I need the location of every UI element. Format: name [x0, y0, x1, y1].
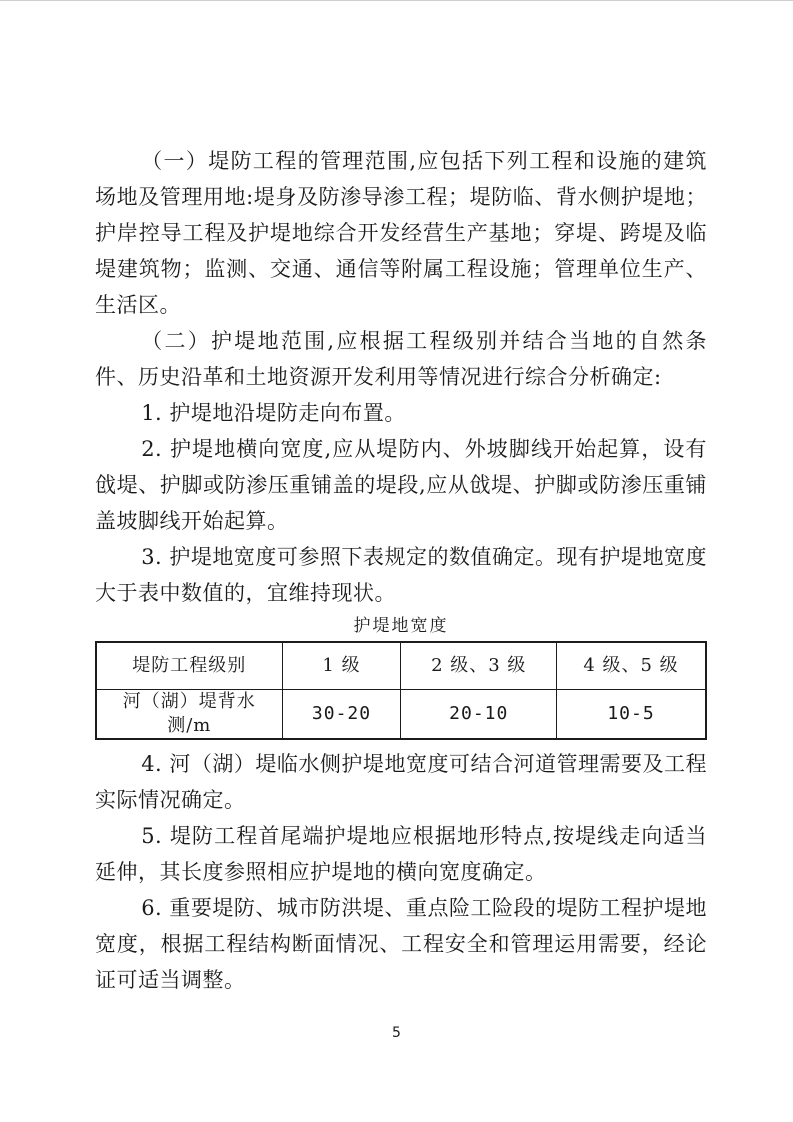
table-cell-value-grade1: 30-20 [282, 690, 401, 740]
list-item-1: 1. 护堤地沿堤防走向布置。 [95, 395, 707, 431]
document-content: （一）堤防工程的管理范围,应包括下列工程和设施的建筑场地及管理用地:堤身及防渗导… [95, 143, 707, 998]
table-header-cell-grade2-3: 2 级、3 级 [401, 642, 557, 690]
table-cell-row-label: 河（湖）堤背水测/m [96, 690, 282, 740]
list-item-6: 6. 重要堤防、城市防洪堤、重点险工险段的堤防工程护堤地宽度，根据工程结构断面情… [95, 890, 707, 998]
page-number: 5 [0, 1025, 793, 1041]
paragraph-section-1: （一）堤防工程的管理范围,应包括下列工程和设施的建筑场地及管理用地:堤身及防渗导… [95, 143, 707, 323]
table-data-row: 河（湖）堤背水测/m 30-20 20-10 10-5 [96, 690, 706, 740]
table-header-cell-grade1: 1 级 [282, 642, 401, 690]
table-title: 护堤地宽度 [95, 613, 707, 639]
document-page: （一）堤防工程的管理范围,应包括下列工程和设施的建筑场地及管理用地:堤身及防渗导… [0, 0, 793, 1122]
table-header-cell-level: 堤防工程级别 [96, 642, 282, 690]
dike-land-width-table: 堤防工程级别 1 级 2 级、3 级 4 级、5 级 河（湖）堤背水测/m 30… [95, 641, 707, 740]
list-item-2: 2. 护堤地横向宽度,应从堤防内、外坡脚线开始起算，设有戗堤、护脚或防渗压重铺盖… [95, 431, 707, 539]
list-item-5: 5. 堤防工程首尾端护堤地应根据地形特点,按堤线走向适当延伸，其长度参照相应护堤… [95, 818, 707, 890]
table-cell-value-grade4-5: 10-5 [557, 690, 706, 740]
table-header-cell-grade4-5: 4 级、5 级 [557, 642, 706, 690]
list-item-4: 4. 河（湖）堤临水侧护堤地宽度可结合河道管理需要及工程实际情况确定。 [95, 746, 707, 818]
dike-land-width-table-block: 护堤地宽度 堤防工程级别 1 级 2 级、3 级 4 级、5 级 [95, 613, 707, 740]
paragraph-section-2: （二）护堤地范围,应根据工程级别并结合当地的自然条件、历史沿革和土地资源开发利用… [95, 323, 707, 395]
table-header-row: 堤防工程级别 1 级 2 级、3 级 4 级、5 级 [96, 642, 706, 690]
table-cell-value-grade2-3: 20-10 [401, 690, 557, 740]
list-item-3: 3. 护堤地宽度可参照下表规定的数值确定。现有护堤地宽度大于表中数值的，宜维持现… [95, 539, 707, 611]
